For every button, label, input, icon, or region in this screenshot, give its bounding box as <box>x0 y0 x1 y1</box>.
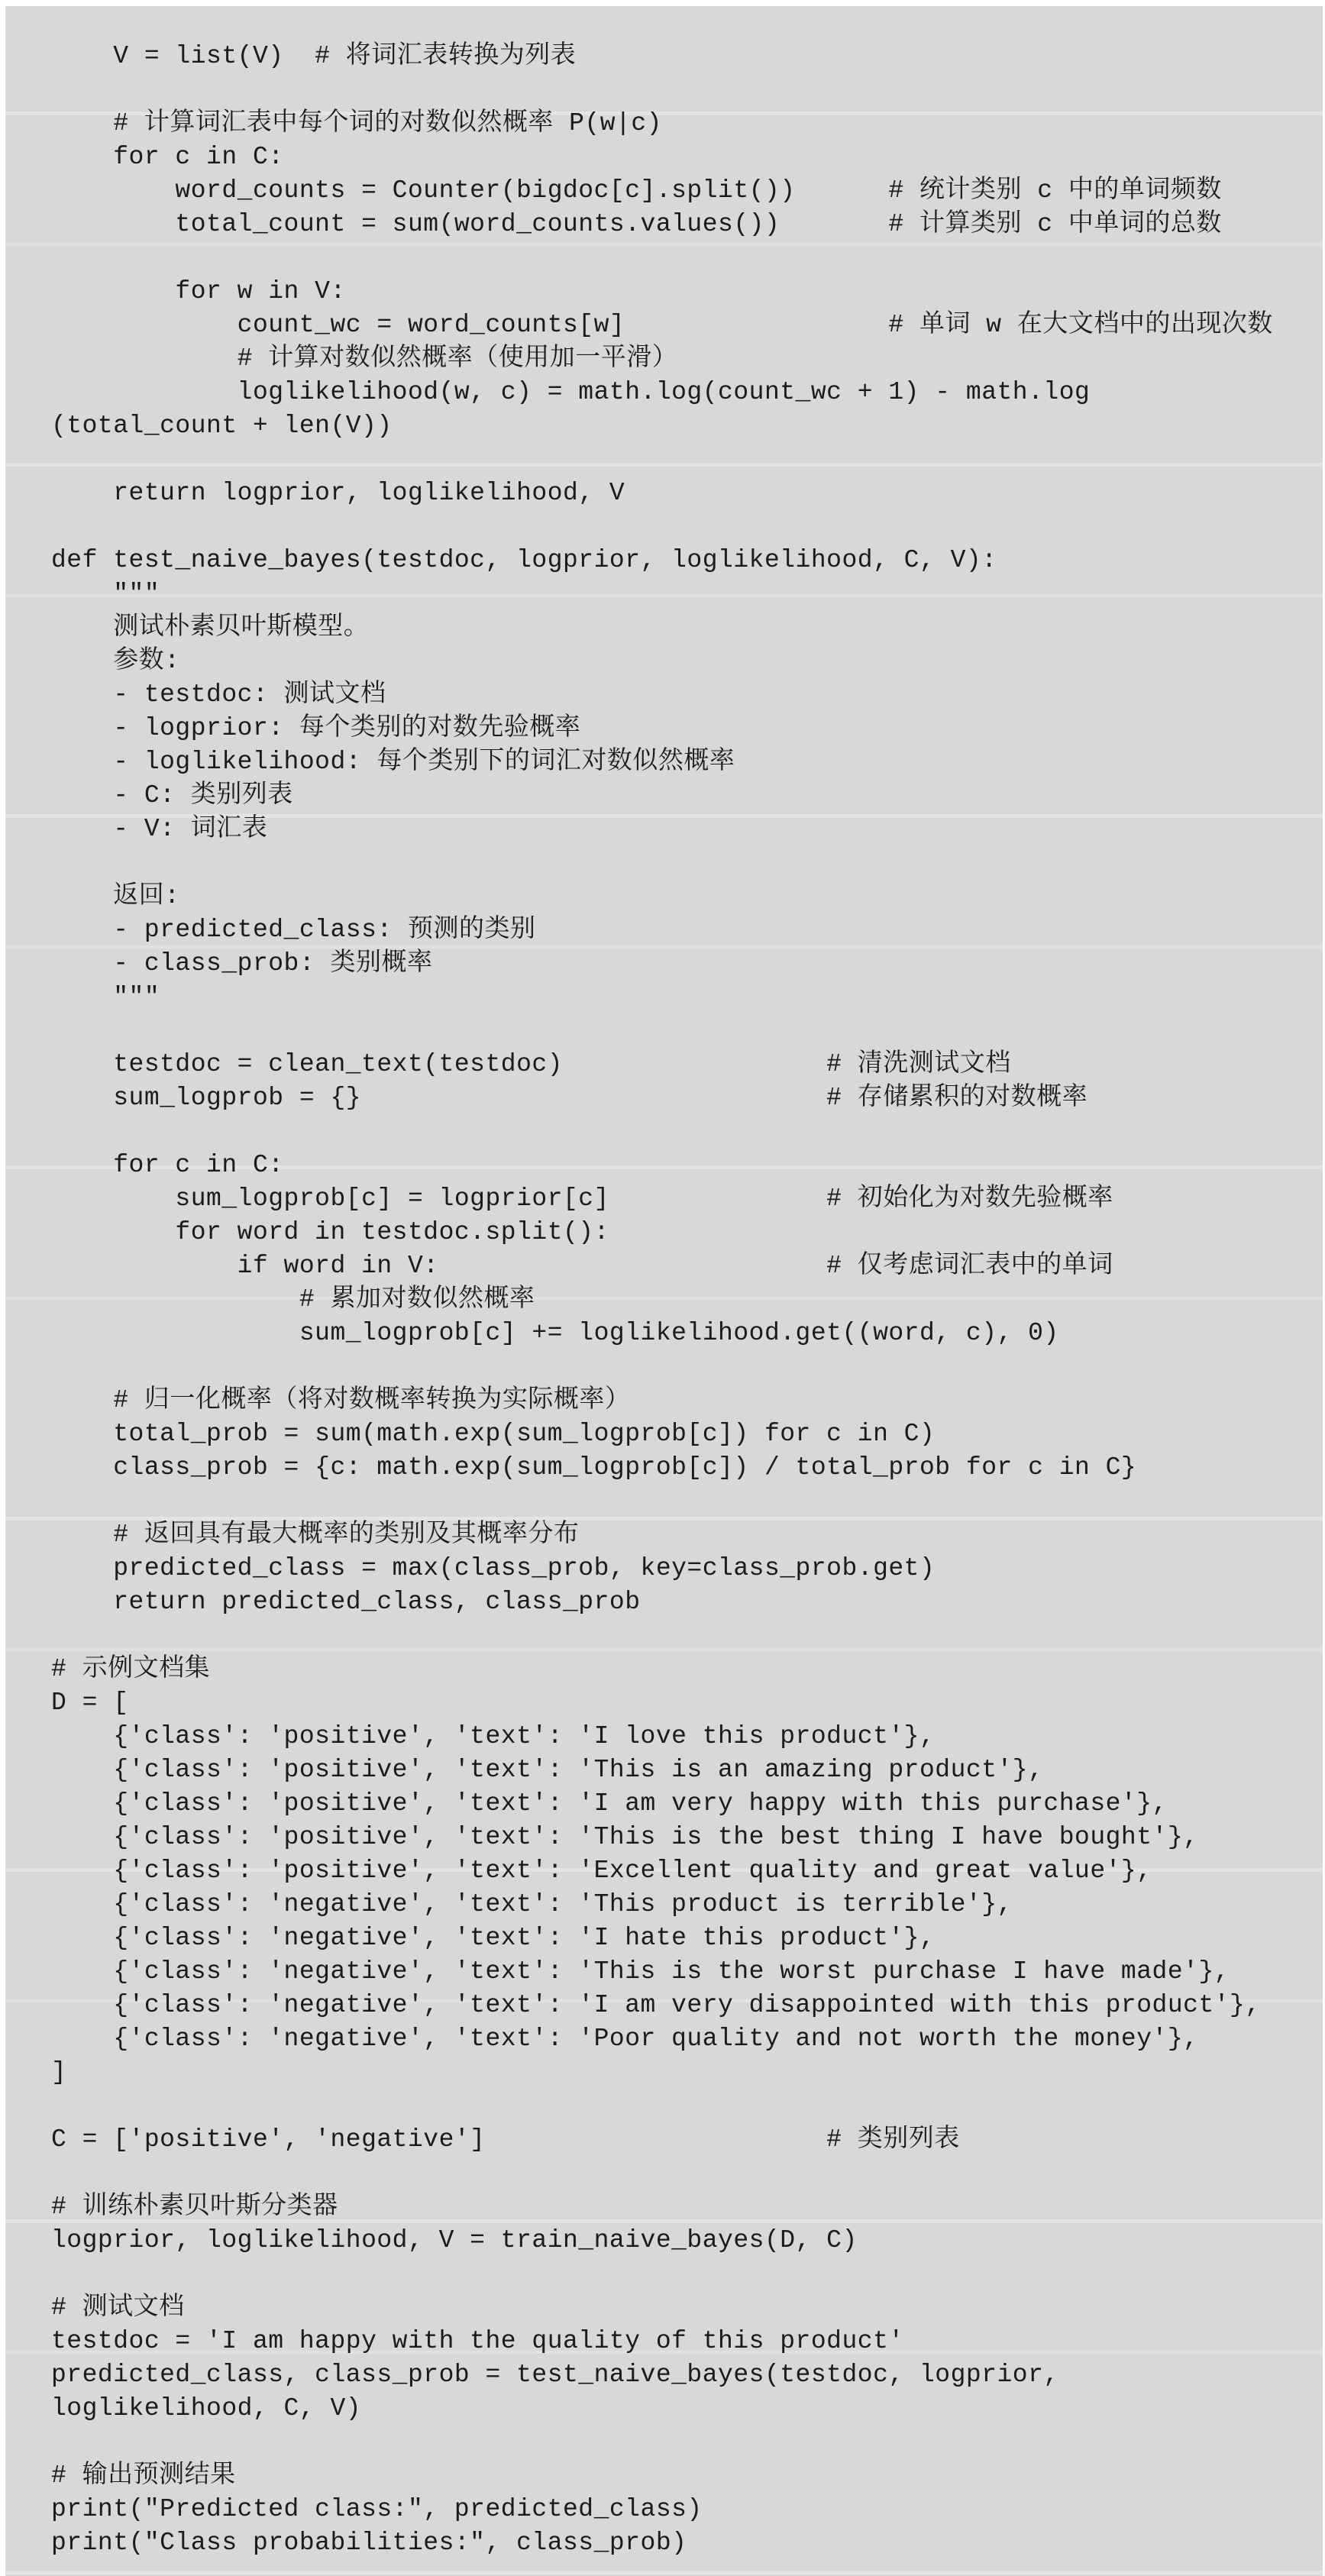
code-page-panel: V = list(V) # 将词汇表转换为列表 # 计算词汇表中每个词的对数似然… <box>5 6 1323 2576</box>
python-code-listing: V = list(V) # 将词汇表转换为列表 # 计算词汇表中每个词的对数似然… <box>5 6 1323 2560</box>
